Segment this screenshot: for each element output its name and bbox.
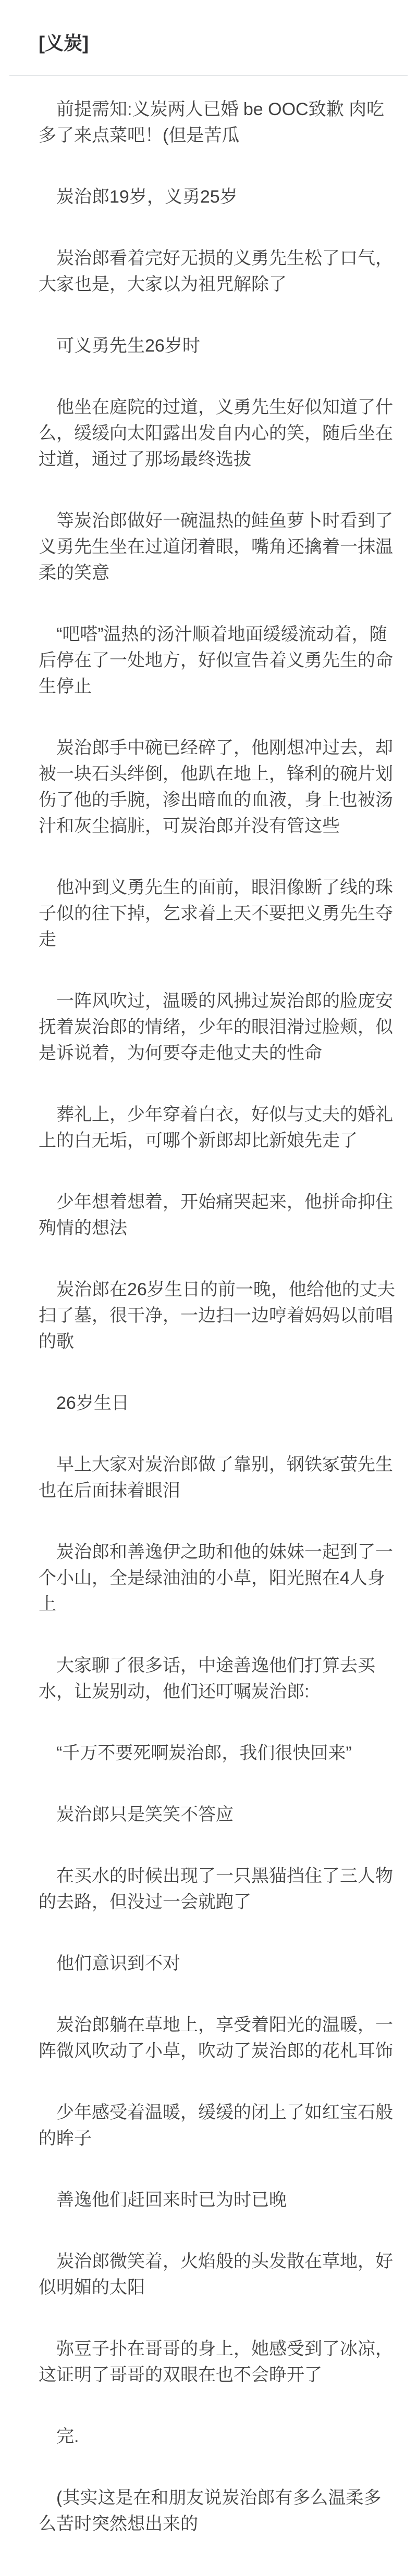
story-paragraph: 少年感受着温暖，缓缓的闭上了如红宝石般的眸子 bbox=[39, 2099, 396, 2152]
story-paragraph: 他们意识到不对 bbox=[39, 1950, 396, 1977]
story-paragraph: 炭治郎在26岁生日的前一晚，他给他的丈夫扫了墓，很干净，一边扫一边哼着妈妈以前唱… bbox=[39, 1277, 396, 1355]
page-title: [义炭] bbox=[39, 29, 396, 57]
story-page: [义炭] 前提需知:义炭两人已婚 be OOC致歉 肉吃多了来点菜吧！(但是苦瓜… bbox=[0, 0, 417, 2558]
story-paragraph: 26岁生日 bbox=[39, 1390, 396, 1416]
story-paragraph: 炭治郎19岁，义勇25岁 bbox=[39, 184, 396, 210]
story-paragraph: 完. bbox=[39, 2423, 396, 2449]
title-divider bbox=[9, 75, 408, 76]
story-paragraph: 炭治郎躺在草地上，享受着阳光的温暖，一阵微风吹动了小草，吹动了炭治郎的花札耳饰 bbox=[39, 2012, 396, 2064]
story-paragraph: 少年想着想着，开始痛哭起来，他拼命抑住殉情的想法 bbox=[39, 1189, 396, 1241]
story-paragraph: 一阵风吹过，温暖的风拂过炭治郎的脸庞安抚着炭治郎的情绪，少年的眼泪滑过脸颊，似是… bbox=[39, 988, 396, 1066]
story-paragraph: 炭治郎和善逸伊之助和他的妹妹一起到了一个小山，全是绿油油的小草，阳光照在4人身上 bbox=[39, 1539, 396, 1617]
story-paragraph: 炭治郎只是笑笑不答应 bbox=[39, 1802, 396, 1828]
story-paragraph: 炭治郎看着完好无损的义勇先生松了口气，大家也是，大家以为祖咒解除了 bbox=[39, 245, 396, 297]
story-paragraph: 他冲到义勇先生的面前，眼泪像断了线的珠子似的往下掉，乞求着上天不要把义勇先生夺走 bbox=[39, 874, 396, 953]
story-paragraph: 弥豆子扑在哥哥的身上，她感受到了冰凉，这证明了哥哥的双眼在也不会睁开了 bbox=[39, 2336, 396, 2388]
story-paragraph: “吧嗒”温热的汤汁顺着地面缓缓流动着，随后停在了一处地方，好似宣告着义勇先生的命… bbox=[39, 621, 396, 699]
story-content: 前提需知:义炭两人已婚 be OOC致歉 肉吃多了来点菜吧！(但是苦瓜炭治郎19… bbox=[0, 96, 417, 2537]
story-paragraph: 在买水的时候出现了一只黑猫挡住了三人物的去路，但没过一会就跑了 bbox=[39, 1863, 396, 1915]
story-paragraph: 他坐在庭院的过道，义勇先生好似知道了什么，缓缓向太阳露出发自内心的笑，随后坐在过… bbox=[39, 394, 396, 472]
story-paragraph: 早上大家对炭治郎做了靠别，钢铁冢萤先生也在后面抹着眼泪 bbox=[39, 1452, 396, 1504]
story-paragraph: 葬礼上，少年穿着白衣，好似与丈夫的婚礼上的白无垢，可哪个新郎却比新娘先走了 bbox=[39, 1102, 396, 1154]
story-paragraph: 炭治郎手中碗已经碎了，他刚想冲过去，却被一块石头绊倒，他趴在地上，锋利的碗片划伤… bbox=[39, 735, 396, 839]
story-paragraph: 善逸他们赶回来时已为时已晚 bbox=[39, 2187, 396, 2213]
story-paragraph: 等炭治郎做好一碗温热的鲑鱼萝卜时看到了义勇先生坐在过道闭着眼，嘴角还擒着一抹温柔… bbox=[39, 508, 396, 586]
story-paragraph: 前提需知:义炭两人已婚 be OOC致歉 肉吃多了来点菜吧！(但是苦瓜 bbox=[39, 96, 396, 148]
story-paragraph: (其实这是在和朋友说炭治郎有多么温柔多么苦时突然想出来的 bbox=[39, 2485, 396, 2537]
story-paragraph: “千万不要死啊炭治郎，我们很快回来” bbox=[39, 1740, 396, 1766]
story-paragraph: 炭治郎微笑着，火焰般的头发散在草地，好似明媚的太阳 bbox=[39, 2248, 396, 2300]
story-paragraph: 大家聊了很多话，中途善逸他们打算去买水，让炭别动，他们还叮嘱炭治郎: bbox=[39, 1653, 396, 1705]
story-paragraph: 可义勇先生26岁时 bbox=[39, 333, 396, 359]
